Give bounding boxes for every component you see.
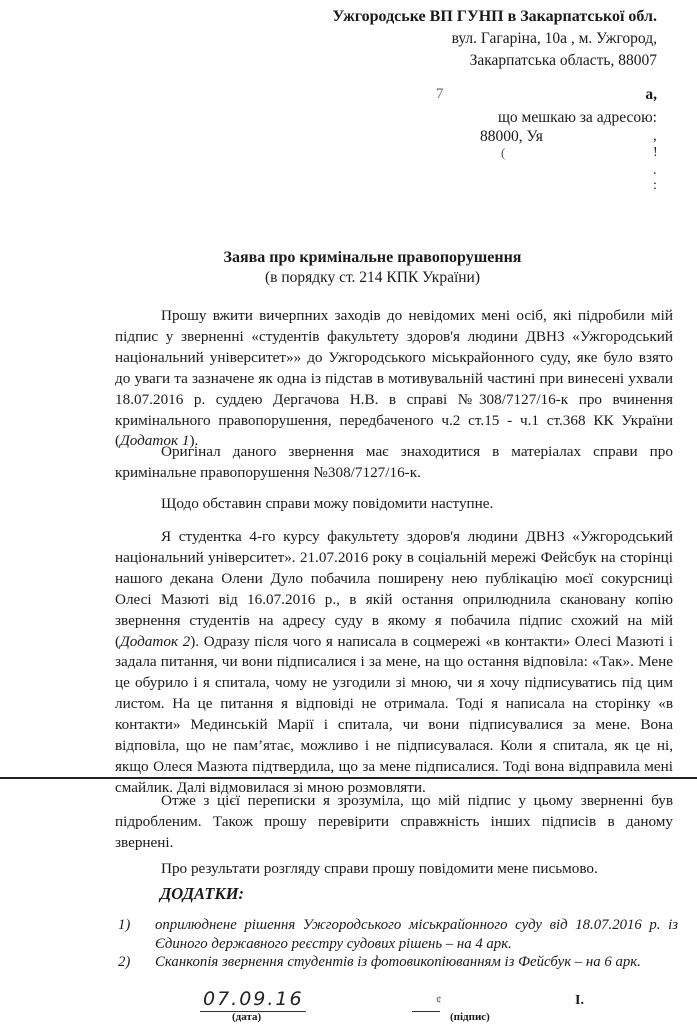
paragraph-original-text: Оригінал даного звернення має знаходитис… [115,443,673,481]
recipient-address-line2: Закарпатська область, 88007 [470,50,657,72]
signature-underline [412,1011,440,1012]
page-divider-line [0,777,697,779]
handwritten-date: 07.09.16 [203,988,304,1010]
paragraph-circumstances-text: Щодо обставин справи можу повідомити нас… [161,495,493,512]
sender-address-line1: 88000, Уя [480,128,543,146]
appendix-item: 2) Сканкопія звернення студентів із фото… [118,953,678,972]
sender-address-line1-end: , [653,128,657,145]
sender-address-label: що мешкаю за адресою: [498,107,657,129]
appendix-ref-2: Додаток 2 [120,633,190,650]
sender-line3-end: . [653,163,657,179]
appendix-item-text: оприлюднене рішення Ужгородського міськр… [155,916,678,953]
paragraph-story-text-b: ). Одразу після чого я написала в соцмер… [115,633,673,796]
date-caption: (дата) [232,1011,261,1023]
recipient-address-line1: вул. Гагаріна, 10а , м. Ужгород, [452,28,657,50]
paragraph-request: Прошу вжити вичерпних заходів до невідом… [115,306,673,452]
appendix-item-number: 1) [118,916,130,935]
appendix-item-number: 2) [118,953,130,972]
appendices-heading: ДОДАТКИ: [160,884,244,904]
sender-address-line2: ( [501,145,505,161]
appendix-item-text: Сканкопія звернення студентів із фотовик… [155,953,678,972]
sender-address-line2-end: ! [653,145,658,161]
paragraph-circumstances: Щодо обставин справи можу повідомити нас… [115,494,673,515]
document-subtitle: (в порядку ст. 214 КПК України) [0,269,697,287]
paragraph-original: Оригінал даного звернення має знаходитис… [115,442,673,484]
signer-name-fragment: І. [575,993,584,1009]
paragraph-notify-text: Про результати розгляду справи прошу пов… [161,860,598,877]
appendix-item: 1) оприлюднене рішення Ужгородського міс… [118,916,678,953]
paragraph-story: Я студентка 4-го курсу факультету здоров… [115,527,673,799]
paragraph-conclusion-text: Отже з цієї переписки я зрозуміла, що мі… [115,792,673,851]
paragraph-request-text: Прошу вжити вичерпних заходів до невідом… [115,307,673,449]
paragraph-conclusion: Отже з цієї переписки я зрозуміла, що мі… [115,791,673,854]
recipient-name: Ужгородське ВП ГУНП в Закарпатської обл. [332,6,657,28]
sender-name-fragment-right: а, [645,86,657,104]
sender-line4-end: : [653,178,657,194]
signature-caption: (підпис) [450,1011,490,1023]
signature-mark: ¢ [436,994,442,1006]
paragraph-story-text-a: Я студентка 4-го курсу факультету здоров… [115,528,673,650]
document-title: Заява про кримінальне правопорушення [0,249,697,267]
sender-name-fragment-left: 7 [436,86,444,103]
paragraph-notify: Про результати розгляду справи прошу пов… [115,859,673,880]
